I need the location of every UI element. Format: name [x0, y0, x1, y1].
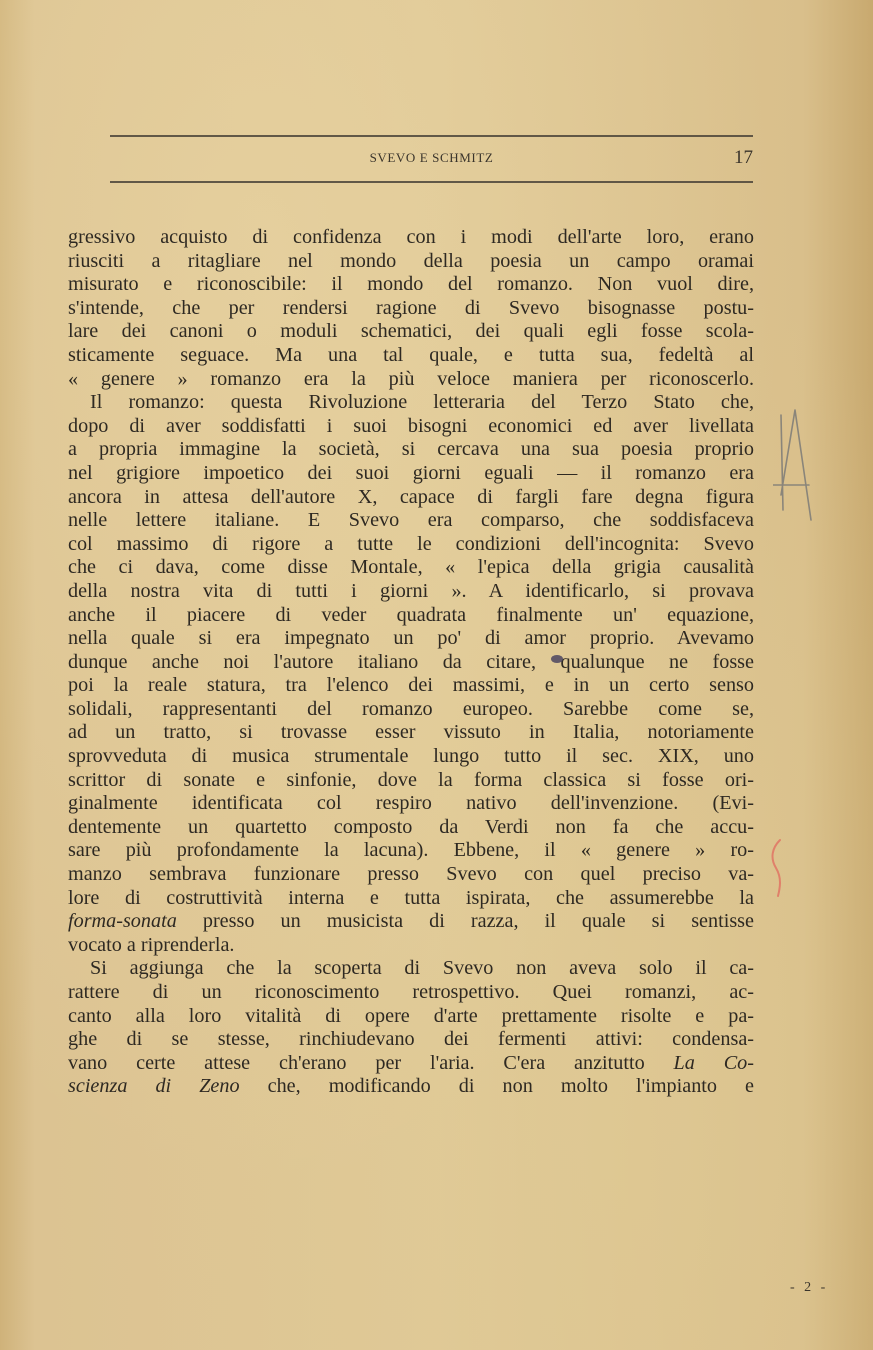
- text-line: nel grigiore impoetico dei suoi giorni e…: [68, 462, 754, 486]
- text-line-with-italic: scienza di Zeno che, modificando di non …: [68, 1075, 754, 1099]
- text-fragment: vano certe attese ch'erano per l'aria. C…: [68, 1052, 674, 1074]
- text-line: ancora in attesa dell'autore X, capace d…: [68, 486, 754, 510]
- text-line: ginalmente identificata col respiro nati…: [68, 792, 754, 816]
- text-line: lare dei canoni o moduli schematici, dei…: [68, 320, 754, 344]
- text-line: dunque anche noi l'autore italiano da ci…: [68, 651, 754, 675]
- paragraph-start-line: Si aggiunga che la scoperta di Svevo non…: [68, 957, 754, 981]
- header-top-rule: [110, 135, 753, 137]
- text-line: dopo di aver soddisfatti i suoi bisogni …: [68, 415, 754, 439]
- text-line-with-italic: vano certe attese ch'erano per l'aria. C…: [68, 1052, 754, 1076]
- text-line: canto alla loro vitalità di opere d'arte…: [68, 1005, 754, 1029]
- page-header: SVEVO E SCHMITZ 17: [110, 135, 753, 185]
- text-line: poi la reale statura, tra l'elenco dei m…: [68, 674, 754, 698]
- header-bottom-rule: [110, 181, 753, 183]
- text-line: col massimo di rigore a tutte le condizi…: [68, 533, 754, 557]
- running-title: SVEVO E SCHMITZ: [110, 150, 753, 166]
- text-line: gressivo acquisto di confidenza con i mo…: [68, 226, 754, 250]
- italic-term: forma-sonata: [68, 910, 177, 932]
- text-line-with-italic: forma-sonata presso un musicista di razz…: [68, 910, 754, 934]
- italic-title: scienza di Zeno: [68, 1075, 240, 1097]
- text-line: manzo sembrava funzionare presso Svevo c…: [68, 863, 754, 887]
- text-fragment: che, modificando di non molto l'impianto…: [240, 1075, 754, 1097]
- text-line: anche il piacere di veder quadrata final…: [68, 604, 754, 628]
- red-pencil-margin-mark-icon: [768, 838, 788, 898]
- text-line: sare più profondamente la lacuna). Ebben…: [68, 839, 754, 863]
- text-line: ad un tratto, si trovasse esser vissuto …: [68, 721, 754, 745]
- text-line: della nostra vita di tutti i giorni ». A…: [68, 580, 754, 604]
- text-line: ghe di se stesse, rinchiudevano dei ferm…: [68, 1028, 754, 1052]
- text-line: « genere » romanzo era la più veloce man…: [68, 368, 754, 392]
- text-line: che ci dava, come disse Montale, « l'epi…: [68, 556, 754, 580]
- text-line: solidali, rappresentanti del romanzo eur…: [68, 698, 754, 722]
- body-text: gressivo acquisto di confidenza con i mo…: [68, 226, 754, 1099]
- book-page: SVEVO E SCHMITZ 17 gressivo acquisto di …: [0, 0, 873, 1350]
- page-number: 17: [734, 147, 753, 169]
- signature-mark: - 2 -: [790, 1280, 828, 1296]
- text-fragment: presso un musicista di razza, il quale s…: [177, 910, 754, 932]
- paragraph-end-line: vocato a riprenderla.: [68, 934, 754, 958]
- text-line: lore di costruttività interna e tutta is…: [68, 887, 754, 911]
- text-line: a propria immagine la società, si cercav…: [68, 438, 754, 462]
- ink-blot: [551, 655, 563, 663]
- italic-title: La Co-: [674, 1052, 754, 1074]
- text-line: scrittor di sonate e sinfonie, dove la f…: [68, 769, 754, 793]
- text-line: s'intende, che per rendersi ragione di S…: [68, 297, 754, 321]
- text-line: nella quale si era impegnato un po' di a…: [68, 627, 754, 651]
- text-line: rattere di un riconoscimento retrospetti…: [68, 981, 754, 1005]
- text-line: misurato e riconoscibile: il mondo del r…: [68, 273, 754, 297]
- text-line: sprovveduta di musica strumentale lungo …: [68, 745, 754, 769]
- text-line: nelle lettere italiane. E Svevo era comp…: [68, 509, 754, 533]
- pencil-margin-mark-icon: [773, 405, 813, 525]
- paragraph-start-line: Il romanzo: questa Rivoluzione letterari…: [68, 391, 754, 415]
- text-line: sticamente seguace. Ma una tal quale, e …: [68, 344, 754, 368]
- text-line: riusciti a ritagliare nel mondo della po…: [68, 250, 754, 274]
- text-line: dentemente un quartetto composto da Verd…: [68, 816, 754, 840]
